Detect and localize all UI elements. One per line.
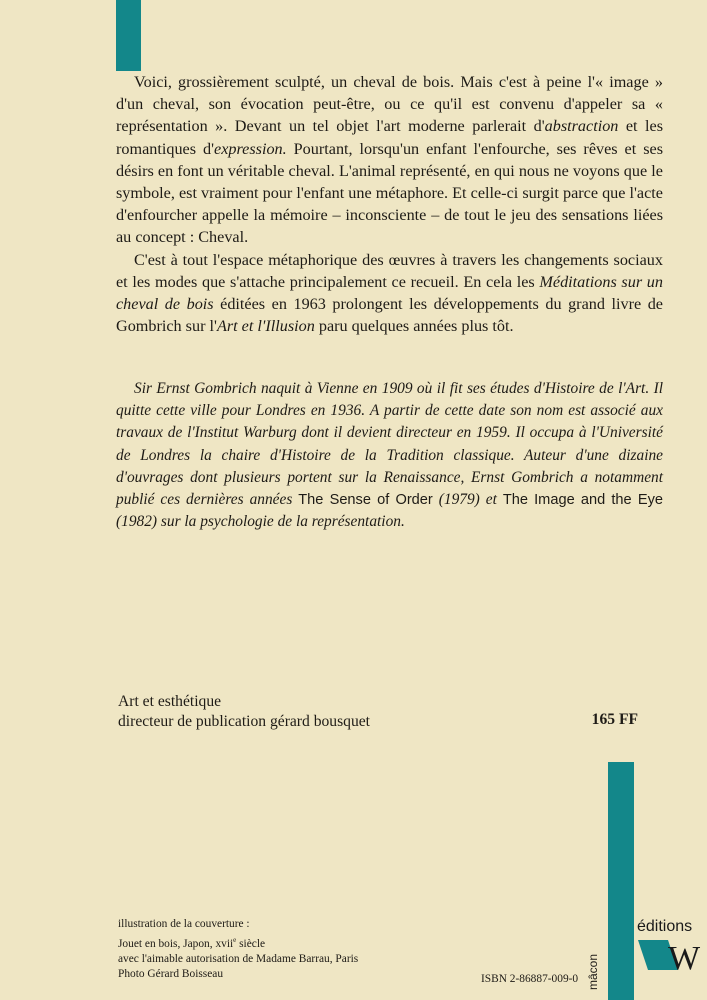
publisher-city: mâcon [586, 954, 600, 990]
price: 165 FF [560, 711, 638, 729]
blurb-p1-italic-abstraction: abstraction [545, 117, 619, 135]
series-name: Art et esthétique [118, 692, 370, 712]
series-director: directeur de publication gérard bousquet [118, 712, 370, 732]
publisher-w-logo-icon: W [638, 938, 706, 972]
bio-book-title-2: The Image and the Eye [503, 492, 663, 508]
blurb-paragraph-2: C'est à tout l'espace métaphorique des œ… [116, 249, 663, 338]
bio-text-3: (1982) sur la psychologie de la représen… [116, 513, 405, 530]
author-bio: Sir Ernst Gombrich naquit à Vienne en 19… [116, 378, 663, 533]
blurb-p1-italic-expression: expression. [214, 140, 287, 158]
bio-text-2: (1979) et [433, 491, 503, 508]
cover-credits: illustration de la couverture : Jouet en… [118, 917, 358, 983]
publisher-label: éditions [637, 918, 692, 936]
bio-book-title-1: The Sense of Order [298, 492, 433, 508]
blurb-text: Voici, grossièrement sculpté, un cheval … [116, 71, 663, 337]
credits-line-2b: siècle [236, 937, 265, 949]
credits-line-3: avec l'aimable autorisation de Madame Ba… [118, 952, 358, 968]
credits-line-4: Photo Gérard Boisseau [118, 967, 358, 983]
credits-line-2a: Jouet en bois, Japon, xvii [118, 937, 233, 949]
decorative-teal-bar-top [116, 0, 141, 71]
credits-line-2: Jouet en bois, Japon, xviie siècle [118, 933, 358, 952]
blurb-p2-end: paru quelques années plus tôt. [315, 317, 514, 335]
decorative-teal-bar-bottom [608, 762, 634, 1000]
blurb-paragraph-1: Voici, grossièrement sculpté, un cheval … [116, 71, 663, 249]
credits-line-1: illustration de la couverture : [118, 917, 358, 933]
isbn: ISBN 2-86887-009-0 [481, 973, 578, 985]
logo-letter: W [668, 940, 701, 972]
bio-text-1: Sir Ernst Gombrich naquit à Vienne en 19… [116, 380, 663, 508]
blurb-p2-italic-art-illusion: Art et l'Illusion [217, 317, 315, 335]
series-info: Art et esthétique directeur de publicati… [118, 692, 370, 732]
